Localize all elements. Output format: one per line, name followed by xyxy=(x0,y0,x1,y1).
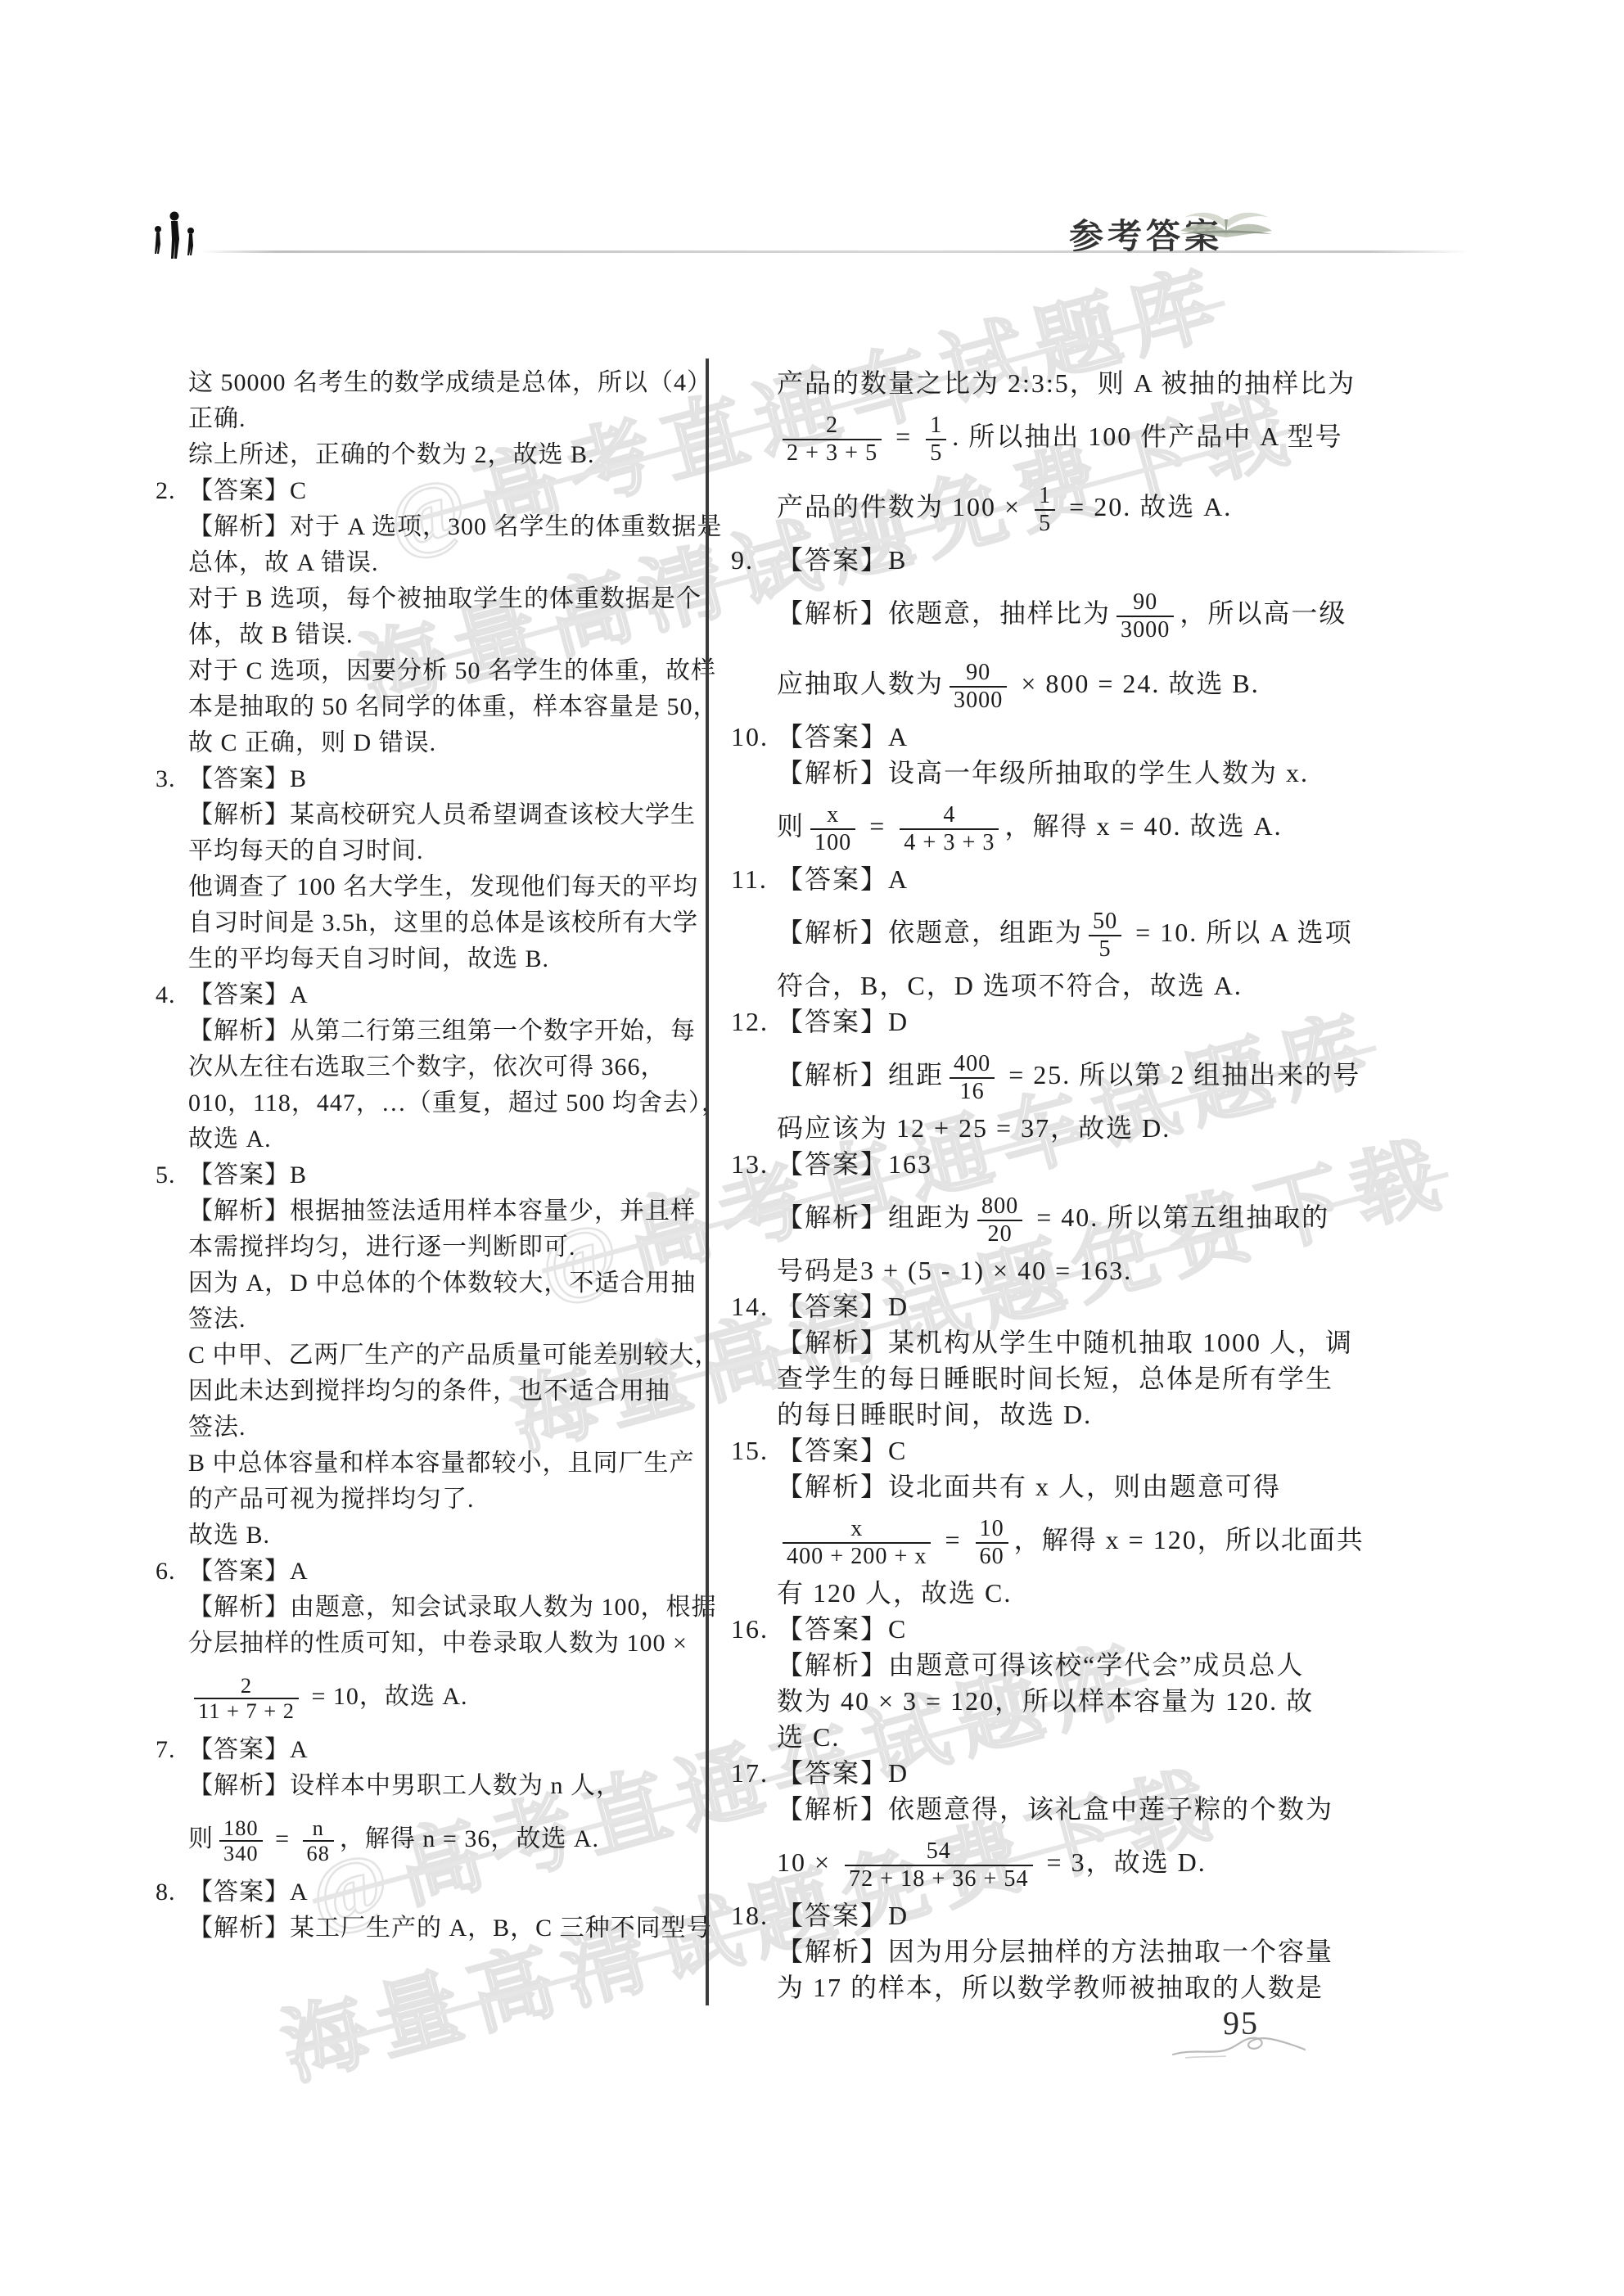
answer-line: 体，故 B 错误. xyxy=(156,617,706,653)
answer-line: 15.【答案】C xyxy=(731,1432,1451,1468)
header-divider-line xyxy=(201,250,1468,253)
item-number: 18. xyxy=(731,1897,769,1933)
answer-line: 【解析】某机构从学生中随机抽取 1000 人，调 xyxy=(731,1324,1451,1360)
fraction: n68 xyxy=(303,1816,334,1866)
column-divider xyxy=(706,359,709,2005)
fraction: 903000 xyxy=(1116,589,1174,643)
scanned-answer-page: @高考直通车试题库 海量高清试题免费下载 @高考直通车试题库 海量高清试题免费下… xyxy=(0,0,1624,2296)
answer-line: 【解析】某工厂生产的 A，B，C 三种不同型号 xyxy=(156,1910,706,1946)
item-number: 7. xyxy=(156,1732,176,1768)
answer-line: 4.【答案】A xyxy=(156,977,706,1013)
answer-line: 【解析】某高校研究人员希望调查该校大学生 xyxy=(156,797,706,833)
answer-line: 6.【答案】A xyxy=(156,1554,706,1590)
answer-line: 有 120 人，故选 C. xyxy=(731,1575,1451,1611)
answer-line: 12.【答案】D xyxy=(731,1004,1451,1040)
answer-line: 【解析】根据抽签法适用样本容量少，并且样 xyxy=(156,1193,706,1229)
answer-line: 产品的数量之比为 2:3:5，则 A 被抽的抽样比为 xyxy=(731,365,1451,401)
item-number: 8. xyxy=(156,1874,176,1910)
answer-line: 选 C. xyxy=(731,1719,1451,1755)
answer-line: 9.【答案】B xyxy=(731,542,1451,578)
item-number: 16. xyxy=(731,1611,769,1647)
fraction: 40016 xyxy=(950,1051,995,1104)
answer-line: 因此未达到搅拌均匀的条件，也不适合用抽 xyxy=(156,1374,706,1410)
answer-line: 应抽取人数为903000 × 800 = 24. 故选 B. xyxy=(731,648,1451,719)
answer-line: 签法. xyxy=(156,1410,706,1446)
item-number: 13. xyxy=(731,1146,769,1182)
item-number: 5. xyxy=(156,1157,176,1193)
answer-line: 【解析】依题意，组距为505 = 10. 所以 A 选项 xyxy=(731,897,1451,968)
fraction: x400 + 200 + x xyxy=(783,1516,931,1569)
answer-line: 16.【答案】C xyxy=(731,1611,1451,1647)
answer-line: 13.【答案】163 xyxy=(731,1146,1451,1182)
open-book-icon xyxy=(1177,206,1275,264)
answer-line: 【解析】设北面共有 x 人，则由题意可得 xyxy=(731,1468,1451,1504)
answer-line: 分层抽样的性质可知，中卷录取人数为 100 × xyxy=(156,1626,706,1662)
fraction: 15 xyxy=(1035,483,1055,536)
answer-line: 生的平均每天自习时间，故选 B. xyxy=(156,941,706,977)
fraction: 903000 xyxy=(950,660,1007,713)
answer-line: 18.【答案】D xyxy=(731,1897,1451,1933)
fraction: 211 + 7 + 2 xyxy=(194,1674,299,1724)
answer-line: 这 50000 名考生的数学成绩是总体，所以（4） xyxy=(156,365,706,401)
item-number: 17. xyxy=(731,1755,769,1791)
answer-line: 8.【答案】A xyxy=(156,1874,706,1910)
item-number: 4. xyxy=(156,977,176,1013)
answer-line: 14.【答案】D xyxy=(731,1288,1451,1324)
answer-line: 【解析】对于 A 选项，300 名学生的体重数据是 xyxy=(156,509,706,545)
answer-line: 【解析】设高一年级所抽取的学生人数为 x. xyxy=(731,755,1451,791)
answer-line: B 中总体容量和样本容量都较小，且同厂生产 xyxy=(156,1446,706,1482)
answer-line: 211 + 7 + 2 = 10，故选 A. xyxy=(156,1662,706,1732)
fraction: 5472 + 18 + 36 + 54 xyxy=(845,1838,1033,1892)
answer-line: 综上所述，正确的个数为 2，故选 B. xyxy=(156,437,706,473)
answer-line: 【解析】组距为80020 = 40. 所以第五组抽取的 xyxy=(731,1182,1451,1252)
answer-line: 故 C 正确，则 D 错误. xyxy=(156,725,706,761)
answer-line: 签法. xyxy=(156,1301,706,1337)
answer-line: 数为 40 × 3 = 120，所以样本容量为 120. 故 xyxy=(731,1683,1451,1719)
runners-icon xyxy=(150,211,201,264)
answer-line: 正确. xyxy=(156,401,706,437)
answer-line: 自习时间是 3.5h，这里的总体是该校所有大学 xyxy=(156,905,706,941)
answer-line: 为 17 的样本，所以数学教师被抽取的人数是 xyxy=(731,1969,1451,2005)
answer-line: 他调查了 100 名大学生，发现他们每天的平均 xyxy=(156,869,706,905)
answer-line: 22 + 3 + 5 = 15. 所以抽出 100 件产品中 A 型号 xyxy=(731,401,1451,471)
fraction: 22 + 3 + 5 xyxy=(783,413,882,466)
answer-line: 的每日睡眠时间，故选 D. xyxy=(731,1396,1451,1432)
answer-line: x400 + 200 + x = 1060，解得 x = 120，所以北面共 xyxy=(731,1504,1451,1575)
answer-line: 总体，故 A 错误. xyxy=(156,545,706,581)
answer-line: 符合，B，C，D 选项不符合，故选 A. xyxy=(731,968,1451,1004)
item-number: 6. xyxy=(156,1554,176,1590)
answer-line: 的产品可视为搅拌均匀了. xyxy=(156,1482,706,1518)
item-number: 2. xyxy=(156,473,176,509)
item-number: 14. xyxy=(731,1288,769,1324)
item-number: 15. xyxy=(731,1432,769,1468)
item-number: 9. xyxy=(731,542,754,578)
answer-line: 10.【答案】A xyxy=(731,719,1451,755)
left-column: 这 50000 名考生的数学成绩是总体，所以（4）正确.综上所述，正确的个数为 … xyxy=(156,365,706,1946)
answer-line: 【解析】组距40016 = 25. 所以第 2 组抽出来的号 xyxy=(731,1040,1451,1110)
answer-line: 10 × 5472 + 18 + 36 + 54 = 3，故选 D. xyxy=(731,1827,1451,1897)
answer-line: 本需搅拌均匀，进行逐一判断即可. xyxy=(156,1229,706,1265)
answer-line: 010，118，447，…（重复，超过 500 均舍去）， xyxy=(156,1085,706,1121)
answer-line: 2.【答案】C xyxy=(156,473,706,509)
fraction: 180340 xyxy=(219,1816,263,1866)
answer-line: 【解析】从第二行第三组第一个数字开始，每 xyxy=(156,1013,706,1049)
answer-line: 【解析】由题意可得该校“学代会”成员总人 xyxy=(731,1647,1451,1683)
answer-line: 因为 A，D 中总体的个体数较大，不适合用抽 xyxy=(156,1265,706,1301)
answer-line: 本是抽取的 50 名同学的体重，样本容量是 50， xyxy=(156,689,706,725)
fraction: 15 xyxy=(926,413,946,466)
fraction: 1060 xyxy=(976,1516,1008,1569)
item-number: 10. xyxy=(731,719,769,755)
answer-line: C 中甲、乙两厂生产的产品质量可能差别较大， xyxy=(156,1337,706,1374)
answer-line: 【解析】依题意，抽样比为903000，所以高一级 xyxy=(731,578,1451,648)
answer-line: 【解析】依题意得，该礼盒中莲子粽的个数为 xyxy=(731,1791,1451,1827)
answer-line: 号码是3 + (5 - 1) × 40 = 163. xyxy=(731,1252,1451,1288)
fraction: 505 xyxy=(1089,909,1121,962)
answer-line: 【解析】由题意，知会试录取人数为 100，根据 xyxy=(156,1590,706,1626)
right-column: 产品的数量之比为 2:3:5，则 A 被抽的抽样比为22 + 3 + 5 = 1… xyxy=(731,365,1451,2005)
answer-line: 故选 A. xyxy=(156,1121,706,1157)
answer-line: 对于 C 选项，因要分析 50 名学生的体重，故样 xyxy=(156,653,706,689)
answer-line: 查学生的每日睡眠时间长短，总体是所有学生 xyxy=(731,1360,1451,1396)
answer-line: 平均每天的自习时间. xyxy=(156,833,706,869)
page-header: 参考答案 xyxy=(0,0,1624,278)
answer-line: 【解析】设样本中男职工人数为 n 人， xyxy=(156,1768,706,1804)
item-number: 3. xyxy=(156,761,176,797)
item-number: 12. xyxy=(731,1004,769,1040)
answer-line: 7.【答案】A xyxy=(156,1732,706,1768)
answer-line: 次从左往右选取三个数字，依次可得 366， xyxy=(156,1049,706,1085)
fraction: x100 xyxy=(810,802,855,855)
answer-line: 17.【答案】D xyxy=(731,1755,1451,1791)
item-number: 11. xyxy=(731,861,768,897)
fraction: 44 + 3 + 3 xyxy=(900,802,999,855)
answer-line: 对于 B 选项，每个被抽取学生的体重数据是个 xyxy=(156,581,706,617)
answer-line: 3.【答案】B xyxy=(156,761,706,797)
answer-line: 故选 B. xyxy=(156,1518,706,1554)
answer-line: 码应该为 12 + 25 = 37，故选 D. xyxy=(731,1110,1451,1146)
fraction: 80020 xyxy=(977,1193,1022,1247)
answer-line: 5.【答案】B xyxy=(156,1157,706,1193)
answer-line: 则x100 = 44 + 3 + 3，解得 x = 40. 故选 A. xyxy=(731,791,1451,861)
flourish-icon xyxy=(1169,2032,1308,2064)
answer-line: 11.【答案】A xyxy=(731,861,1451,897)
answer-line: 则180340 = n68，解得 n = 36，故选 A. xyxy=(156,1804,706,1874)
answer-line: 【解析】因为用分层抽样的方法抽取一个容量 xyxy=(731,1933,1451,1969)
answer-line: 产品的件数为 100 × 15 = 20. 故选 A. xyxy=(731,471,1451,542)
